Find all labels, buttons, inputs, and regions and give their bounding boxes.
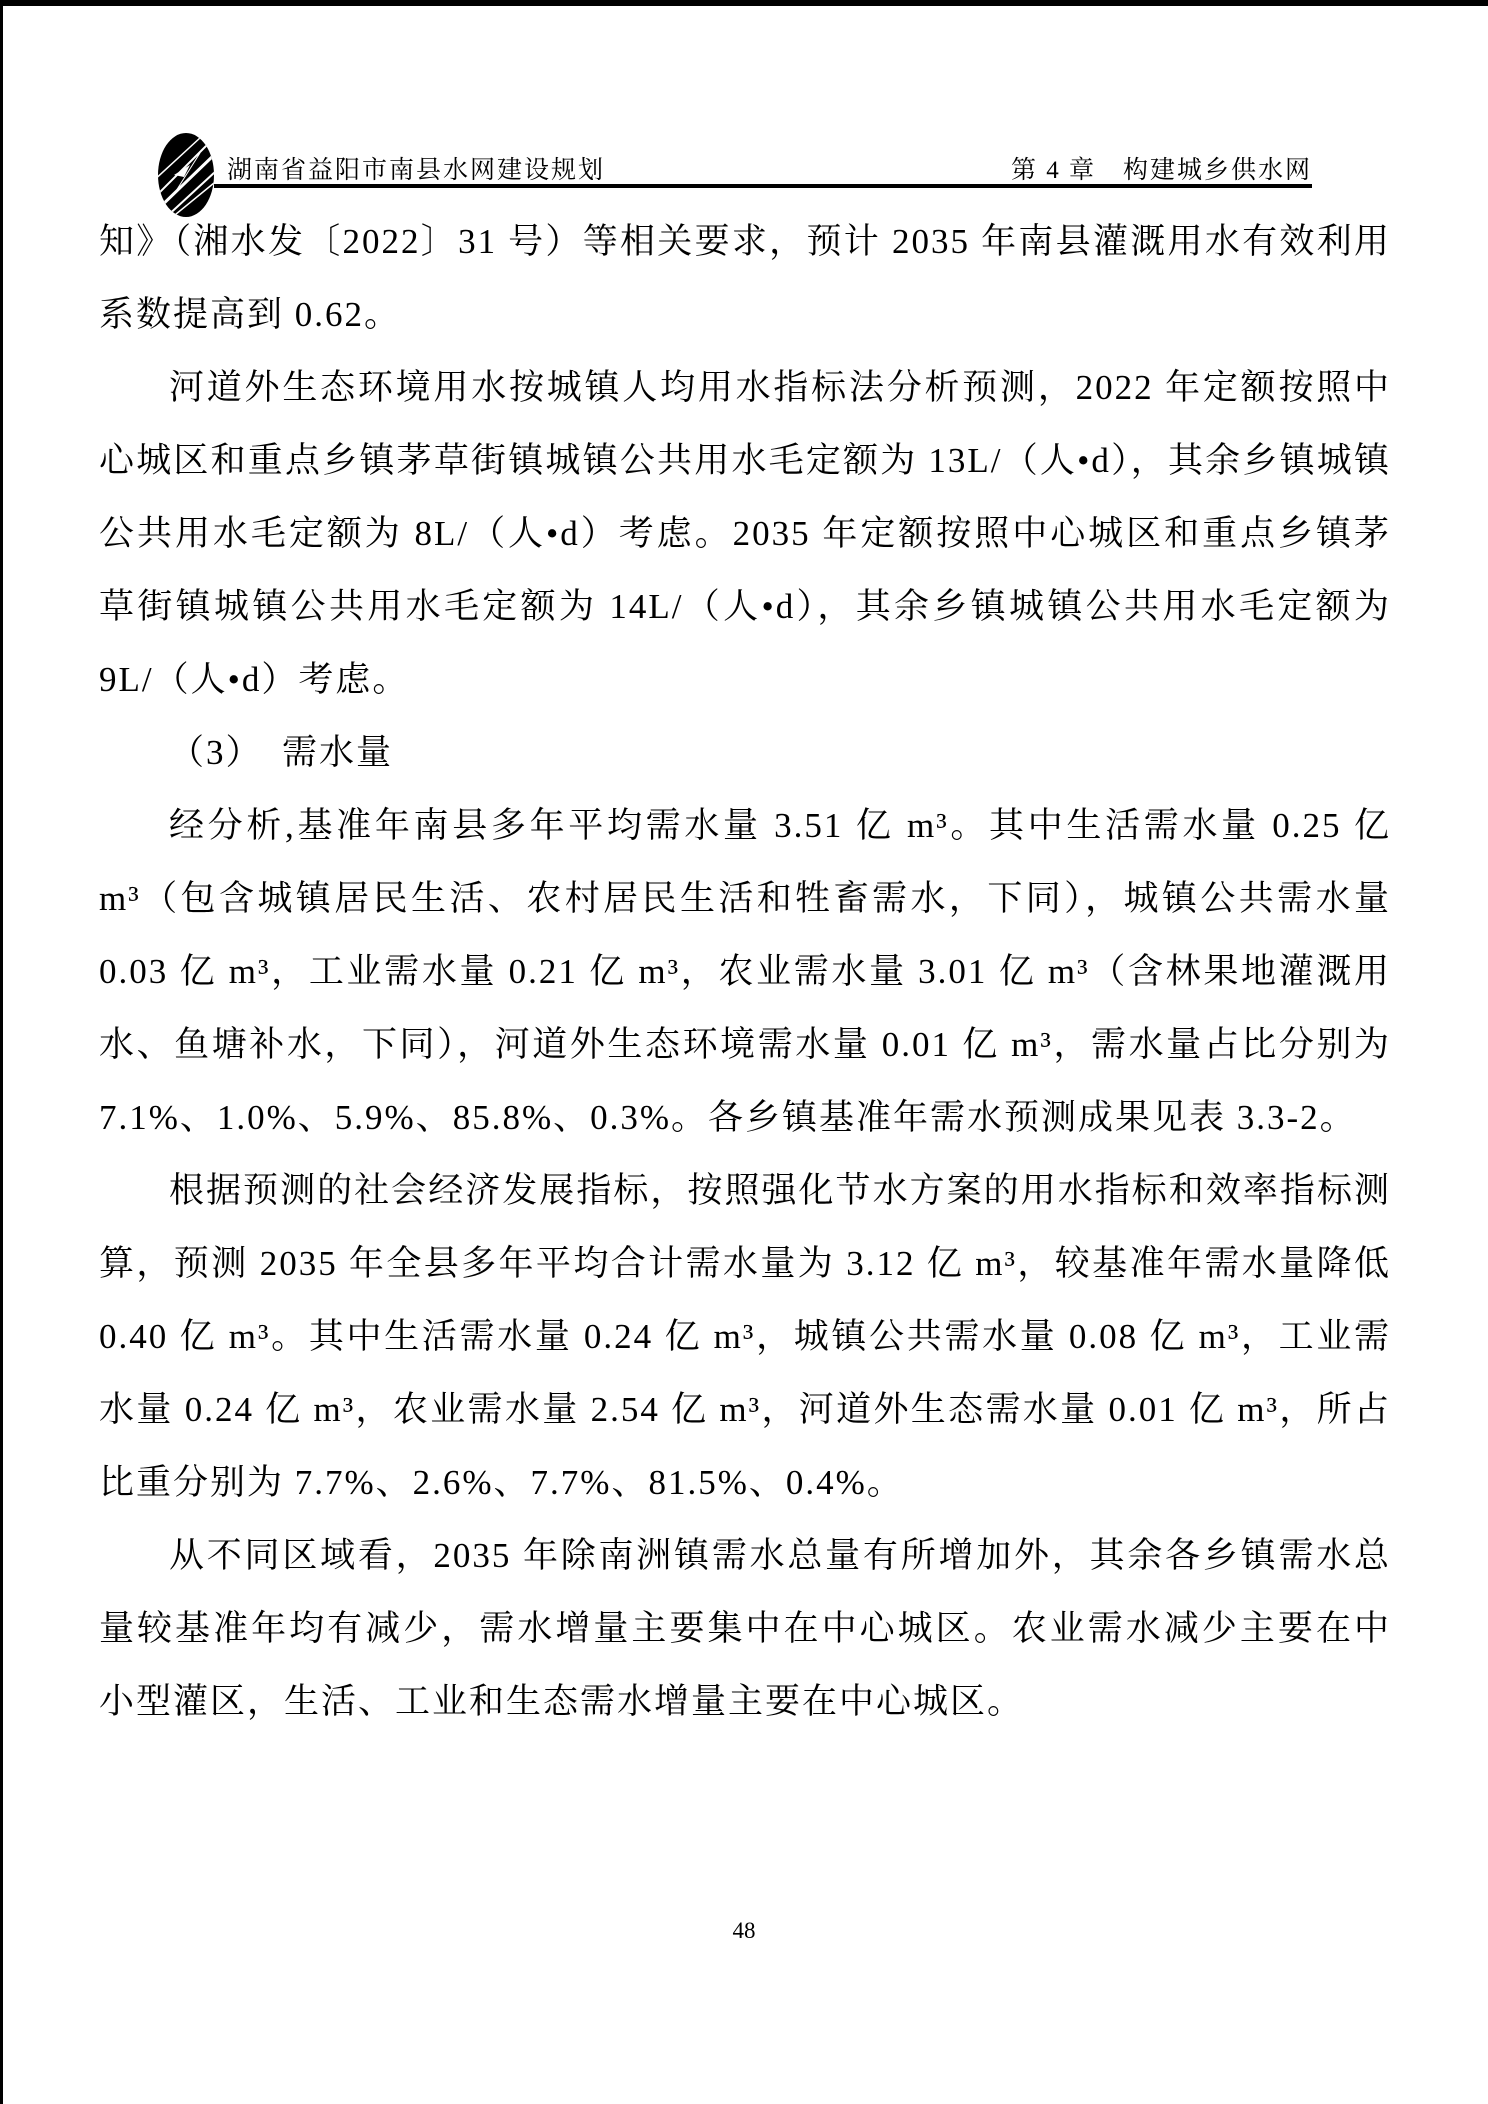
chapter-heading: 第 4 章 构建城乡供水网 bbox=[1011, 150, 1312, 186]
paragraph-regional-view: 从不同区域看，2035 年除南洲镇需水总量有所增加外，其余各乡镇需水总量较基准年… bbox=[99, 1519, 1391, 1738]
paragraph-continuation: 知》（湘水发〔2022〕31 号）等相关要求，预计 2035 年南县灌溉用水有效… bbox=[99, 205, 1391, 351]
paragraph-2035-forecast: 根据预测的社会经济发展指标，按照强化节水方案的用水指标和效率指标测算，预测 20… bbox=[99, 1154, 1391, 1519]
page-number: 48 bbox=[0, 1918, 1488, 1944]
paragraph-eco-water-quota: 河道外生态环境用水按城镇人均用水指标法分析预测，2022 年定额按照中心城区和重… bbox=[99, 351, 1391, 716]
scan-edge-left bbox=[0, 0, 3, 2104]
document-page: 湖南省益阳市南县水网建设规划 第 4 章 构建城乡供水网 知》（湘水发〔2022… bbox=[0, 0, 1488, 2104]
subheading-water-demand: （3） 需水量 bbox=[99, 716, 1391, 789]
scan-edge-top bbox=[0, 0, 1488, 6]
paragraph-baseline-demand: 经分析,基准年南县多年平均需水量 3.51 亿 m³。其中生活需水量 0.25 … bbox=[99, 789, 1391, 1154]
document-body: 知》（湘水发〔2022〕31 号）等相关要求，预计 2035 年南县灌溉用水有效… bbox=[99, 205, 1391, 1738]
document-title: 湖南省益阳市南县水网建设规划 bbox=[227, 150, 605, 186]
header-rule bbox=[214, 184, 1312, 188]
